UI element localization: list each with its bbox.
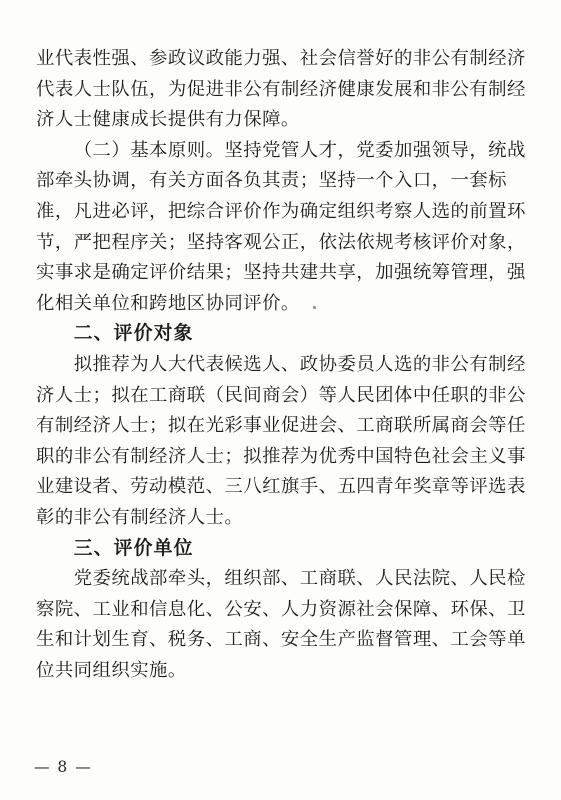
text-line: 位共同组织实施。	[36, 656, 528, 687]
text-line: 彰的非公有制经济人士。	[36, 503, 528, 534]
text-line: 济人士；拟在工商联（民间商会）等人民团体中任职的非公	[36, 381, 528, 412]
text-line: 职的非公有制经济人士；拟推荐为优秀中国特色社会主义事	[36, 442, 528, 473]
text-line: 生和计划生育、税务、工商、安全生产监督管理、工会等单	[36, 625, 528, 656]
heading-evaluation-targets: 二、评价对象	[36, 319, 528, 350]
text-line: 察院、工业和信息化、公安、人力资源社会保障、环保、卫	[36, 595, 528, 626]
text-line-paragraph-start: 党委统战部牵头，组织部、工商联、人民法院、人民检	[36, 564, 528, 595]
text-line: 化相关单位和跨地区协同评价。	[36, 289, 528, 320]
text-line: 节，严把程序关；坚持客观公正，依法依规考核评价对象，	[36, 228, 528, 259]
text-line-paragraph-start: （二）基本原则。坚持党管人才，党委加强领导，统战	[36, 136, 528, 167]
scan-artifact-dot	[313, 306, 316, 309]
text-line: 业代表性强、参政议政能力强、社会信誉好的非公有制经济	[36, 44, 528, 75]
text-line: 有制经济人士；拟在光彩事业促进会、工商联所属商会等任	[36, 411, 528, 442]
text-line: 部牵头协调，有关方面各负其责；坚持一个入口，一套标	[36, 166, 528, 197]
text-line-paragraph-start: 拟推荐为人大代表候选人、政协委员人选的非公有制经	[36, 350, 528, 381]
text-line: 准，凡进必评，把综合评价作为确定组织考察人选的前置环	[36, 197, 528, 228]
text-line: 实事求是确定评价结果；坚持共建共享，加强统筹管理，强	[36, 258, 528, 289]
page-number: — 8 —	[34, 758, 92, 776]
text-line: 代表人士队伍，为促进非公有制经济健康发展和非公有制经	[36, 75, 528, 106]
text-line: 业建设者、劳动模范、三八红旗手、五四青年奖章等评选表	[36, 472, 528, 503]
text-line: 济人士健康成长提供有力保障。	[36, 105, 528, 136]
document-body: 业代表性强、参政议政能力强、社会信誉好的非公有制经济 代表人士队伍，为促进非公有…	[36, 44, 528, 686]
scanned-document-page: 业代表性强、参政议政能力强、社会信誉好的非公有制经济 代表人士队伍，为促进非公有…	[0, 0, 561, 800]
heading-evaluation-units: 三、评价单位	[36, 534, 528, 565]
